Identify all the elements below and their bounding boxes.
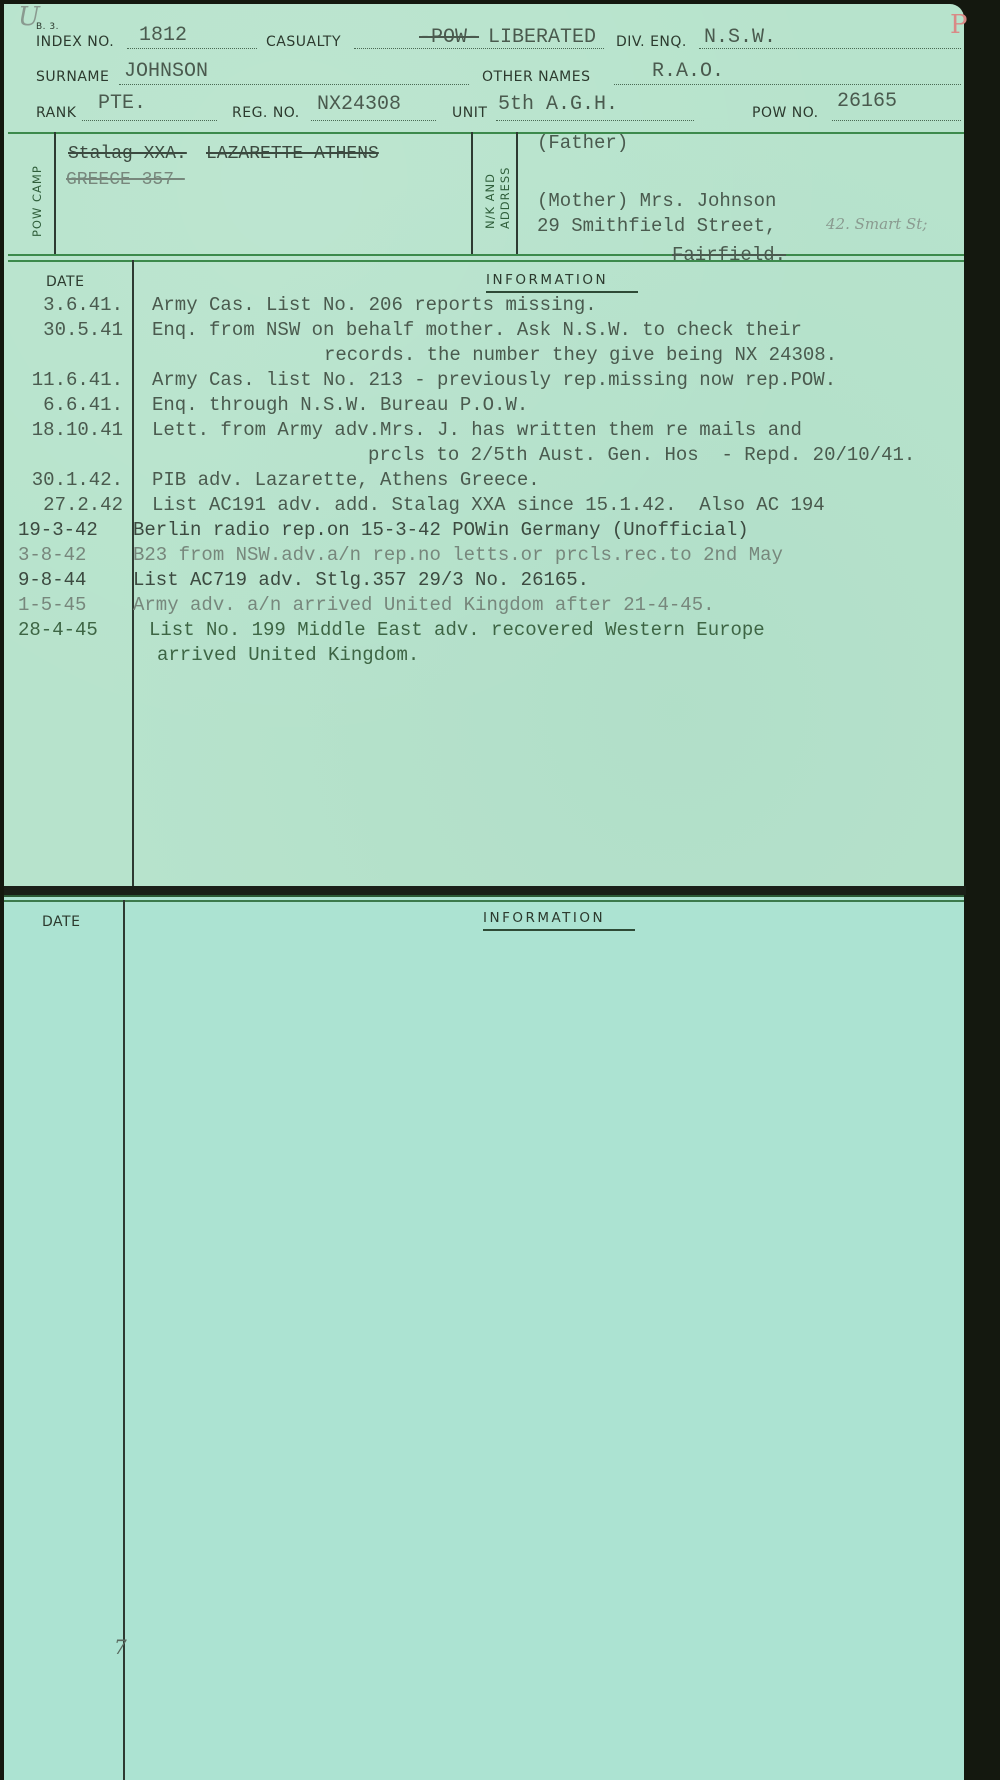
back-date-label: DATE [42,914,80,930]
surname-value: JOHNSON [124,60,208,83]
pow-no-label: POW No. [752,105,819,121]
pow-camp-struck-b: LAZARETTE-ATHENS [206,144,379,164]
nk-mother: (Mother) Mrs. Johnson [537,190,776,212]
nk-label-line1: N/K AND [483,173,497,229]
entry-text: PIB adv. Lazarette, Athens Greece. [152,469,540,491]
entry-date: 11.6.41. [4,369,123,391]
back-information-label: INFORMATION [483,910,605,926]
date-column-label: DATE [46,274,84,290]
index-no-label: INDEX No. [36,34,114,50]
nk-suburb-struck: Fairfield. [672,244,786,266]
entry-text: Army adv. a/n arrived United Kingdom aft… [133,594,715,616]
entry-date: 6.6.41. [4,394,123,416]
entry-text: Enq. from NSW on behalf mother. Ask N.S.… [152,319,802,341]
entry-text: List AC719 adv. Stlg.357 29/3 No. 26165. [133,569,589,591]
back-margin-mark: 7 [114,1635,127,1659]
entry-date: 3.6.41. [4,294,123,316]
nk-label-line2: ADDRESS [498,167,512,229]
entry-date: 19-3-42 [18,519,137,541]
entry-text-continued: prcls to 2/5th Aust. Gen. Hos - Repd. 20… [368,444,915,466]
entry-date: 28-4-45 [18,619,137,641]
nk-street: 29 Smithfield Street, [537,215,776,237]
entry-date: 3-8-42 [18,544,137,566]
nk-handwritten-address: 42. Smart St; [826,215,927,233]
entry-text-continued: records. the number they give being NX 2… [324,344,837,366]
surname-label: SURNAME [36,69,109,85]
rank-value: PTE. [98,92,146,115]
index-no-value: 1812 [139,24,187,47]
other-names-value: R.A.O. [652,60,724,83]
red-pencil-mark: P [950,10,968,40]
entry-text: Army Cas. List No. 206 reports missing. [152,294,597,316]
form-code: B. 3. [36,22,59,32]
information-column-label: INFORMATION [486,272,608,288]
pow-camp-label: POW CAMP [30,165,44,237]
nk-father: (Father) [537,132,628,154]
entry-date: 30.5.41 [4,319,123,341]
card-front: U B. 3. P INDEX No. 1812 CASUALTY -POW- … [4,4,964,886]
unit-label: UNIT [452,105,487,121]
reg-no-label: REG. No. [232,105,300,121]
entry-text: Berlin radio rep.on 15-3-42 POWin German… [133,519,749,541]
casualty-label: CASUALTY [266,34,341,50]
entry-date: 30.1.42. [4,469,123,491]
casualty-struck-value: -POW- [419,26,479,49]
entry-text: Lett. from Army adv.Mrs. J. has written … [152,419,802,441]
entry-text: List AC191 adv. add. Stalag XXA since 15… [152,494,825,516]
div-enq-value: N.S.W. [704,26,776,49]
entry-date: 18.10.41 [4,419,123,441]
rank-label: RANK [36,105,76,121]
pow-camp-struck-line2: GREECE-357- [66,170,185,190]
card-divider [4,886,966,895]
pow-camp-struck-a: Stalag-XXA. [68,144,187,164]
div-enq-label: DIV. ENQ. [616,34,687,50]
card-back: DATE INFORMATION 7 [4,895,964,1780]
entry-text-continued: arrived United Kingdom. [157,644,419,666]
other-names-label: OTHER NAMES [482,69,590,85]
casualty-value: LIBERATED [488,26,596,49]
entry-date: 9-8-44 [18,569,137,591]
pow-no-value: 26165 [837,90,897,113]
entry-text: List No. 199 Middle East adv. recovered … [149,619,765,641]
entry-date: 27.2.42 [4,494,123,516]
reg-no-value: NX24308 [317,93,401,116]
entry-date: 1-5-45 [18,594,137,616]
entry-text: Army Cas. list No. 213 - previously rep.… [152,369,836,391]
entry-text: Enq. through N.S.W. Bureau P.O.W. [152,394,528,416]
entry-text: B23 from NSW.adv.a/n rep.no letts.or prc… [133,544,783,566]
unit-value: 5th A.G.H. [498,93,618,116]
